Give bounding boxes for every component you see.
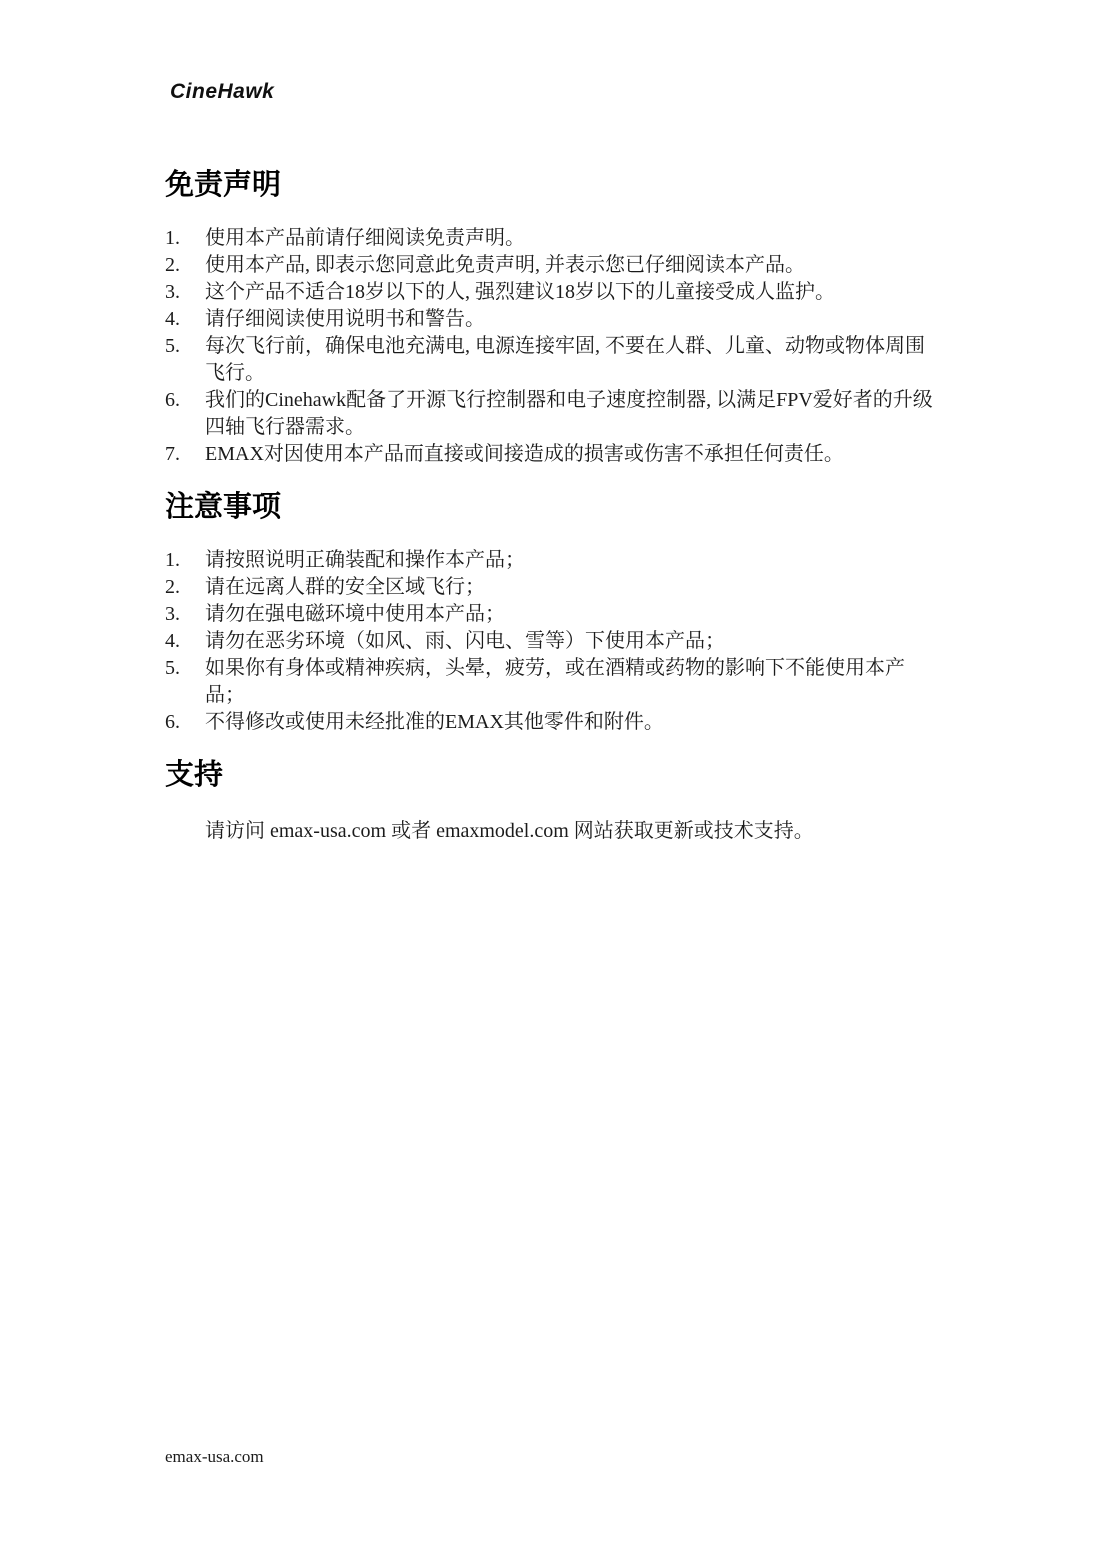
item-text: 请按照说明正确装配和操作本产品； (205, 547, 937, 574)
item-text: 如果你有身体或精神疾病，头晕，疲劳，或在酒精或药物的影响下不能使用本产品； (205, 655, 937, 709)
item-number: 3. (165, 601, 205, 628)
item-text: 我们的Cinehawk配备了开源飞行控制器和电子速度控制器, 以满足FPV爱好者… (205, 387, 937, 441)
item-number: 1. (165, 547, 205, 574)
item-number: 4. (165, 628, 205, 655)
item-number: 2. (165, 574, 205, 601)
section-title-disclaimer: 免责声明 (165, 166, 937, 204)
brand-logo: CineHawk (170, 80, 274, 104)
item-text: 这个产品不适合18岁以下的人, 强烈建议18岁以下的儿童接受成人监护。 (205, 279, 937, 306)
list-item: 2. 使用本产品, 即表示您同意此免责声明, 并表示您已仔细阅读本产品。 (165, 252, 937, 279)
support-paragraph: 请访问 emax-usa.com 或者 emaxmodel.com 网站获取更新… (205, 818, 937, 845)
disclaimer-list: 1. 使用本产品前请仔细阅读免责声明。 2. 使用本产品, 即表示您同意此免责声… (165, 225, 937, 468)
item-number: 7. (165, 441, 205, 468)
item-number: 5. (165, 655, 205, 709)
item-text: EMAX对因使用本产品而直接或间接造成的损害或伤害不承担任何责任。 (205, 441, 937, 468)
item-number: 1. (165, 225, 205, 252)
list-item: 2. 请在远离人群的安全区域飞行； (165, 574, 937, 601)
section-title-precautions: 注意事项 (165, 488, 937, 526)
list-item: 6. 不得修改或使用未经批准的EMAX其他零件和附件。 (165, 709, 937, 736)
list-item: 5. 如果你有身体或精神疾病，头晕，疲劳，或在酒精或药物的影响下不能使用本产品； (165, 655, 937, 709)
list-item: 5. 每次飞行前，确保电池充满电, 电源连接牢固, 不要在人群、儿童、动物或物体… (165, 333, 937, 387)
item-number: 6. (165, 709, 205, 736)
item-number: 5. (165, 333, 205, 387)
item-text: 请勿在恶劣环境（如风、雨、闪电、雪等）下使用本产品； (205, 628, 937, 655)
manual-page: CineHawk 免责声明 1. 使用本产品前请仔细阅读免责声明。 2. 使用本… (0, 0, 1102, 1559)
list-item: 6. 我们的Cinehawk配备了开源飞行控制器和电子速度控制器, 以满足FPV… (165, 387, 937, 441)
item-text: 每次飞行前，确保电池充满电, 电源连接牢固, 不要在人群、儿童、动物或物体周围飞… (205, 333, 937, 387)
item-text: 请勿在强电磁环境中使用本产品； (205, 601, 937, 628)
list-item: 3. 这个产品不适合18岁以下的人, 强烈建议18岁以下的儿童接受成人监护。 (165, 279, 937, 306)
item-number: 6. (165, 387, 205, 441)
list-item: 1. 使用本产品前请仔细阅读免责声明。 (165, 225, 937, 252)
item-text: 使用本产品前请仔细阅读免责声明。 (205, 225, 937, 252)
item-text: 不得修改或使用未经批准的EMAX其他零件和附件。 (205, 709, 937, 736)
item-text: 请仔细阅读使用说明书和警告。 (205, 306, 937, 333)
footer-site-url: emax-usa.com (165, 1447, 264, 1467)
section-title-support: 支持 (165, 756, 937, 794)
item-number: 3. (165, 279, 205, 306)
precautions-list: 1. 请按照说明正确装配和操作本产品； 2. 请在远离人群的安全区域飞行； 3.… (165, 547, 937, 736)
item-number: 4. (165, 306, 205, 333)
page-content: 免责声明 1. 使用本产品前请仔细阅读免责声明。 2. 使用本产品, 即表示您同… (165, 166, 937, 845)
item-text: 请在远离人群的安全区域飞行； (205, 574, 937, 601)
list-item: 4. 请仔细阅读使用说明书和警告。 (165, 306, 937, 333)
item-text: 使用本产品, 即表示您同意此免责声明, 并表示您已仔细阅读本产品。 (205, 252, 937, 279)
list-item: 7. EMAX对因使用本产品而直接或间接造成的损害或伤害不承担任何责任。 (165, 441, 937, 468)
item-number: 2. (165, 252, 205, 279)
list-item: 4. 请勿在恶劣环境（如风、雨、闪电、雪等）下使用本产品； (165, 628, 937, 655)
list-item: 3. 请勿在强电磁环境中使用本产品； (165, 601, 937, 628)
list-item: 1. 请按照说明正确装配和操作本产品； (165, 547, 937, 574)
